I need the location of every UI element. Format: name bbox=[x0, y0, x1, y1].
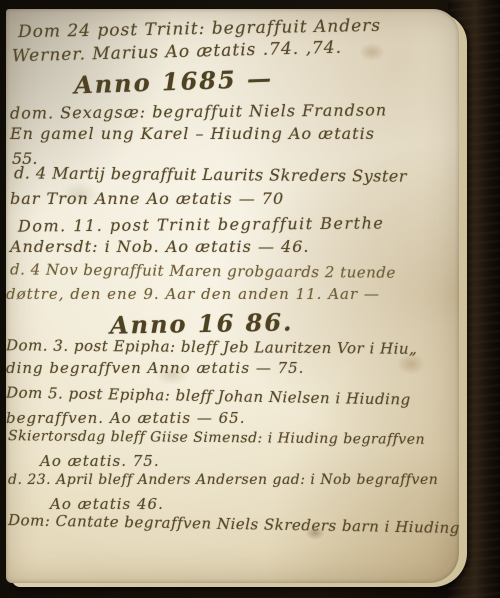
year-heading-1685: Anno 1685 — bbox=[74, 64, 274, 100]
record-line: d. 23. April bleff Anders Andersen gad: … bbox=[8, 472, 438, 488]
record-line: Dom. 3. post Epipha: bleff Jeb Lauritzen… bbox=[6, 336, 418, 358]
record-line: døttre, den ene 9. Aar den anden 11. Aar… bbox=[6, 285, 380, 303]
record-line: Werner. Marius Ao ætatis .74. ‚74. bbox=[12, 38, 342, 67]
manuscript-page: Dom 24 post Trinit: begraffuit Anders We… bbox=[6, 9, 459, 583]
record-line: d. 4 Martij begraffuit Laurits Skreders … bbox=[14, 163, 407, 185]
manuscript-photo: Dom 24 post Trinit: begraffuit Anders We… bbox=[0, 0, 500, 598]
record-line: d. 4 Nov begraffuit Maren grobgaards 2 t… bbox=[10, 260, 396, 281]
record-line: dom. Sexagsæ: begraffuit Niels Frandson bbox=[10, 100, 387, 122]
record-line: ding begraffven Anno ætatis — 75. bbox=[6, 359, 304, 377]
record-line: begraffven. Ao ætatis — 65. bbox=[6, 409, 245, 427]
record-line: bar Tron Anne Ao ætatis — 70 bbox=[10, 189, 284, 208]
record-line: Dom: Cantate begraffven Niels Skreders b… bbox=[8, 511, 460, 537]
record-line: Dom 5. post Epipha: bleff Johan Nielsen … bbox=[6, 383, 411, 408]
paper-stain bbox=[359, 43, 385, 61]
record-line: Skiertorsdag bleff Giise Simensd: i Hiud… bbox=[8, 428, 425, 448]
year-heading-1686: Anno 16 86. bbox=[110, 307, 294, 339]
record-line: Ao ætatis 46. bbox=[50, 495, 164, 513]
record-line: Ao ætatis. 75. bbox=[40, 452, 160, 470]
record-line: Dom. 11. post Trinit begraffuit Berthe bbox=[18, 213, 384, 235]
record-line: Andersdt: i Nob. Ao ætatis — 46. bbox=[10, 237, 309, 256]
record-line: En gamel ung Karel – Hiuding Ao ætatis bbox=[10, 124, 375, 143]
